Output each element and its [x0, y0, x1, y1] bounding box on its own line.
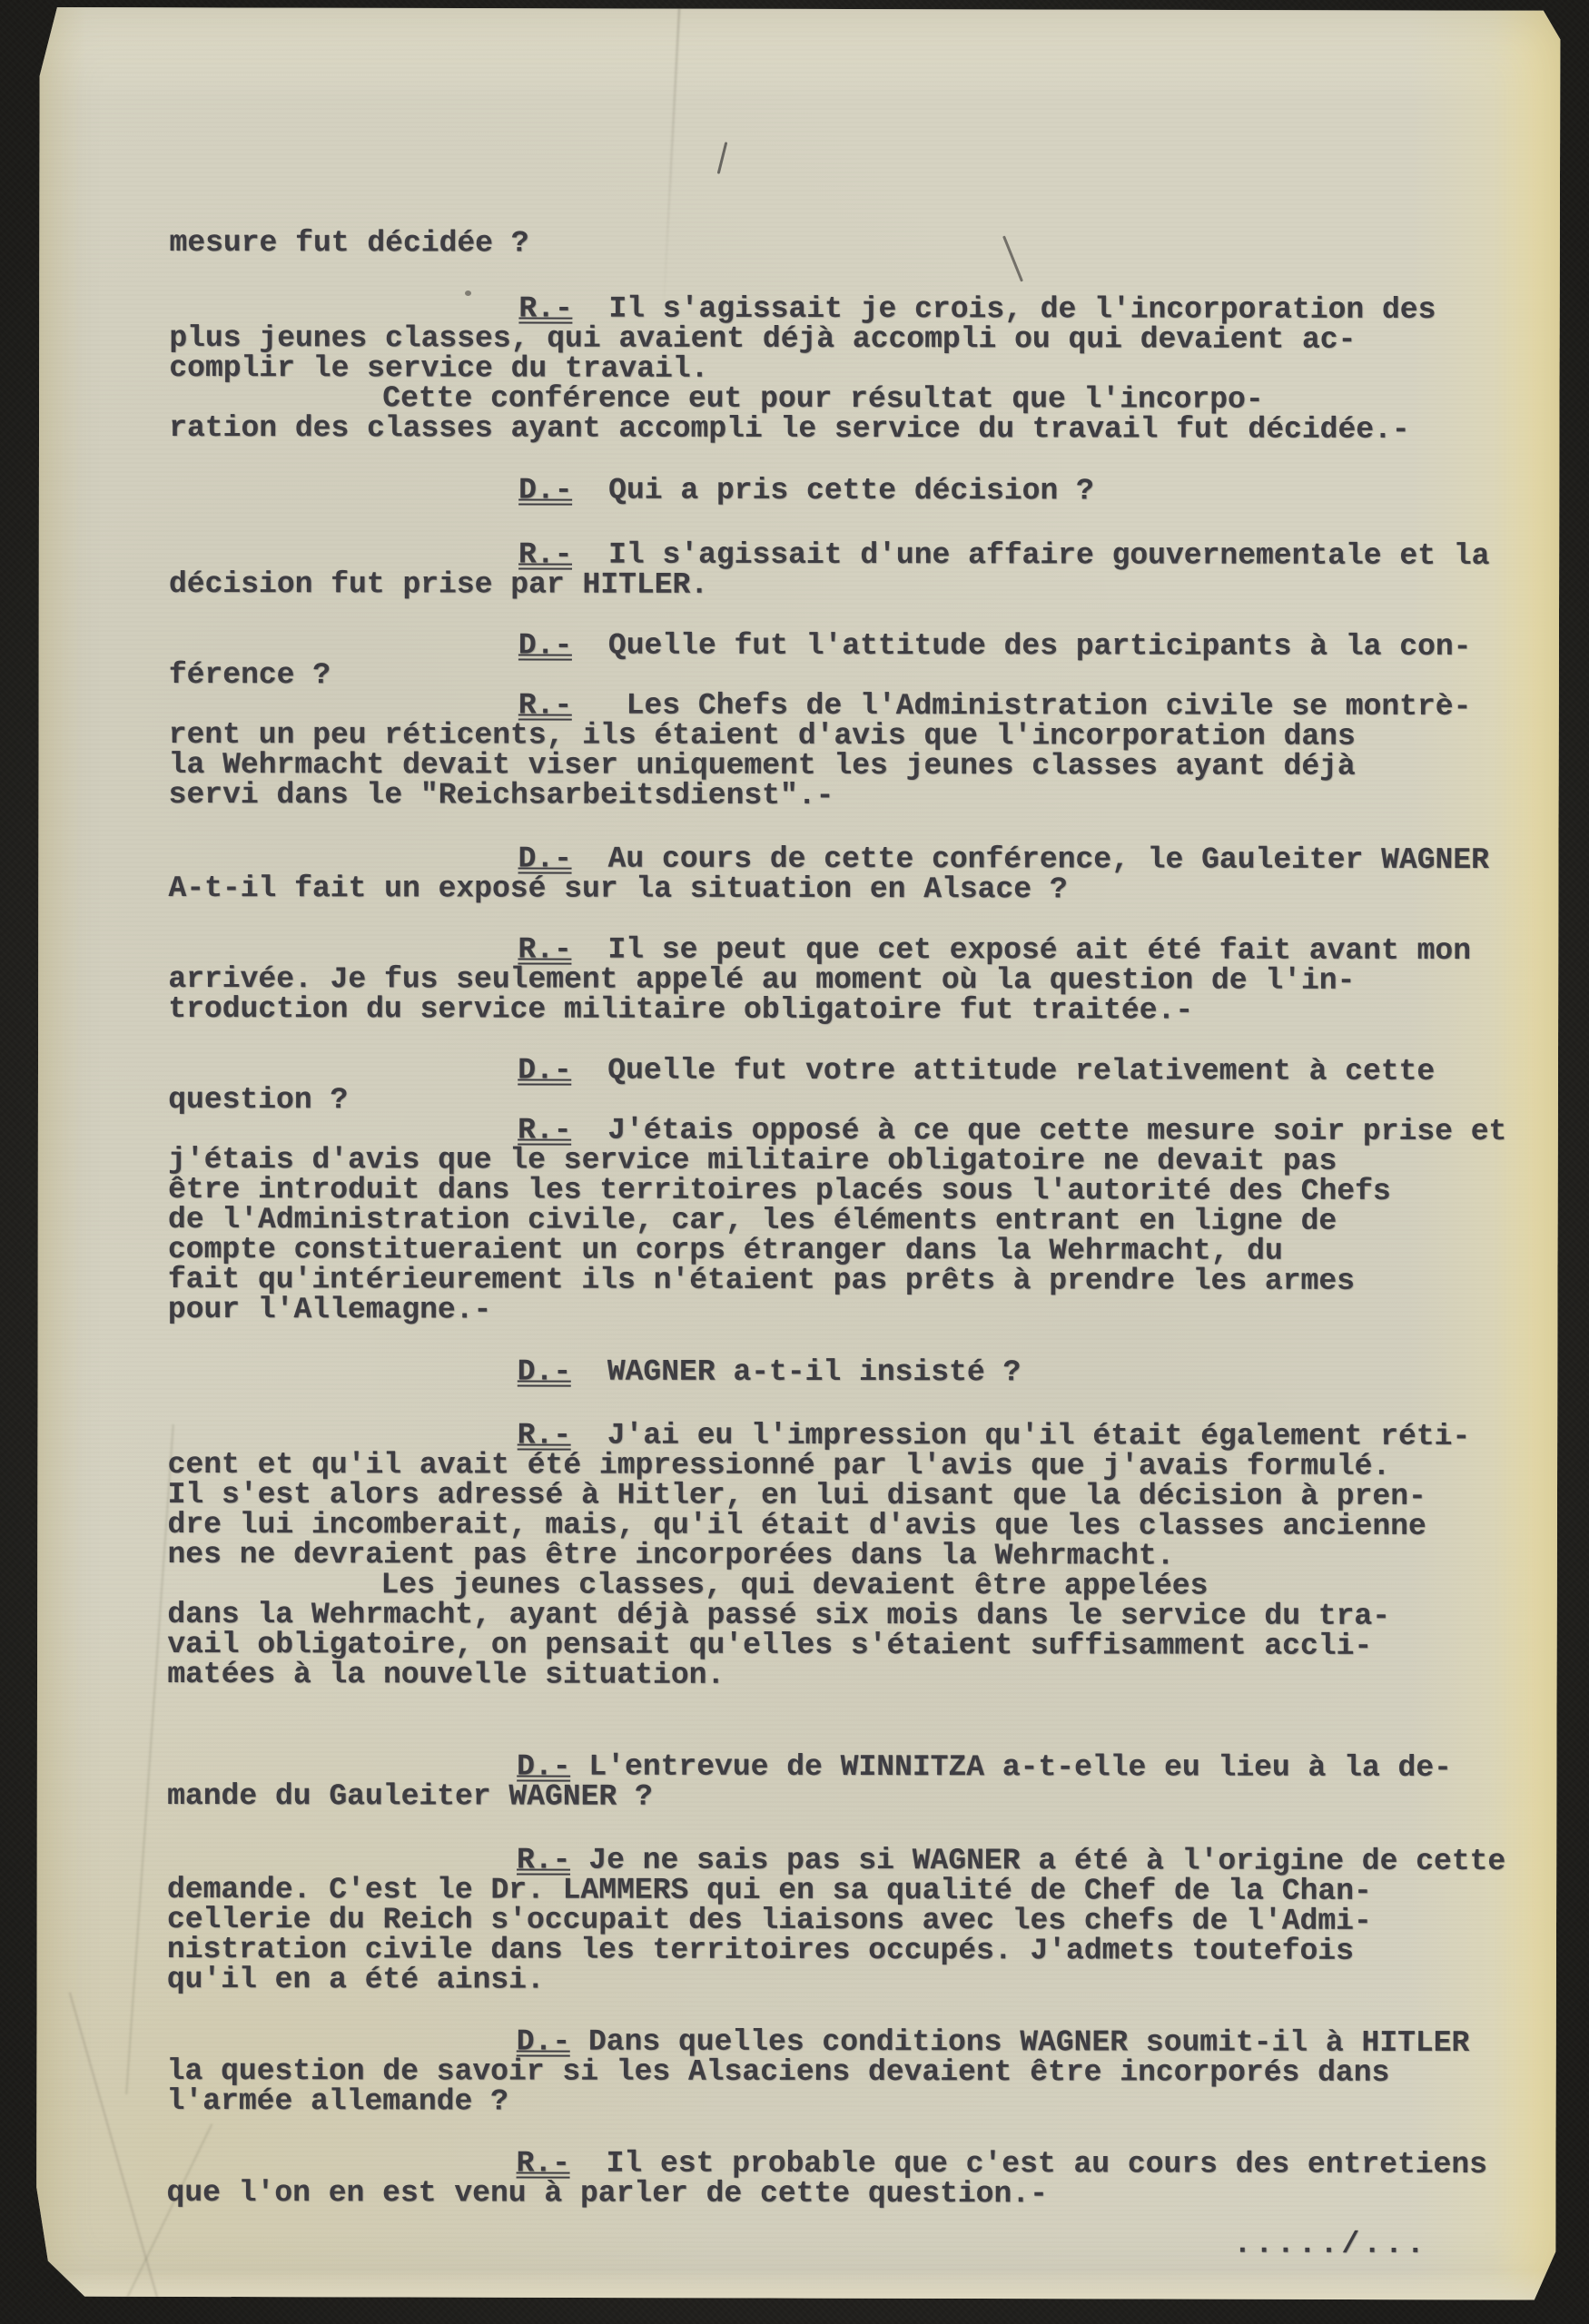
document-scan: mesure fut décidée ?R.- Il s'agissait je…: [0, 0, 1589, 2324]
text-line: vail obligatoire, on pensait qu'elles s'…: [167, 1630, 1511, 1661]
text-line: dre lui incomberait, mais, qu'il était d…: [168, 1510, 1512, 1541]
qa-marker: R.-: [518, 935, 571, 965]
text-line: décision fut prise par HITLER.: [169, 569, 1513, 601]
text-line: question ?: [168, 1085, 1512, 1117]
text-line: j'étais d'avis que le service militaire …: [168, 1145, 1512, 1177]
text-line: ration des classes ayant accompli le ser…: [169, 413, 1513, 445]
text-line: rent un peu réticents, ils étaient d'avi…: [169, 720, 1513, 752]
text-line: R.- J'étais opposé à ce que cette mesure…: [518, 1116, 1512, 1147]
text-line: Cette conférence eut pour résultat que l…: [382, 383, 1513, 415]
text-line: D.- Au cours de cette conférence, le Gau…: [518, 844, 1513, 876]
text-line: D.- Quelle fut l'attitude des participan…: [518, 631, 1513, 663]
qa-marker: D.-: [517, 2027, 570, 2057]
text-line: R.- J'ai eu l'impression qu'il était éga…: [518, 1421, 1512, 1452]
text-line: la question de savoir si les Alsaciens d…: [167, 2056, 1511, 2088]
qa-marker: D.-: [518, 844, 572, 874]
text-line: la Wehrmacht devait viser uniquement les…: [169, 750, 1513, 782]
text-line: qu'il en a été ainsi.: [167, 1965, 1511, 1996]
text-line: R.- Il s'agissait d'une affaire gouverne…: [518, 540, 1513, 572]
text-line: R.- Les Chefs de l'Administration civile…: [518, 691, 1513, 723]
text-line: de l'Administration civile, car, les élé…: [168, 1205, 1512, 1236]
text-line: complir le service du travail.: [169, 353, 1513, 385]
text-line: R.- Il est probable que c'est au cours d…: [517, 2149, 1511, 2181]
qa-marker: R.-: [518, 540, 572, 570]
text-line: dans la Wehrmacht, ayant déjà passé six …: [167, 1600, 1511, 1631]
paper-crease-bottom-left: [69, 1993, 158, 2299]
text-line: A-t-il fait un exposé sur la situation e…: [169, 873, 1513, 905]
text-line: R.- Il s'agissait je crois, de l'incorpo…: [518, 294, 1513, 326]
text-line: mesure fut décidée ?: [170, 228, 1514, 260]
text-line: mande du Gauleiter WAGNER ?: [167, 1781, 1511, 1813]
qa-marker: D.-: [518, 1056, 571, 1086]
text-line: arrivée. Je fus seulement appelé au mome…: [168, 964, 1512, 996]
text-line: D.- Qui a pris cette décision ?: [518, 476, 1513, 507]
qa-marker: R.-: [518, 1421, 571, 1451]
text-line: matées à la nouvelle situation.: [167, 1659, 1511, 1691]
qa-marker: R.-: [517, 2149, 570, 2179]
text-line: plus jeunes classes, qui avaient déjà ac…: [169, 323, 1513, 355]
qa-marker: D.-: [518, 1357, 571, 1387]
text-line: ...../...: [1233, 2230, 1510, 2260]
text-line: compte constitueraient un corps étranger…: [168, 1235, 1512, 1266]
paper-sheet: mesure fut décidée ?R.- Il s'agissait je…: [33, 7, 1562, 2302]
qa-marker: R.-: [518, 1116, 571, 1146]
text-line: R.- Il se peut que cet exposé ait été fa…: [518, 935, 1512, 967]
text-line: être introduit dans les territoires plac…: [168, 1175, 1512, 1206]
text-line: cent et qu'il avait été impressionné par…: [168, 1450, 1512, 1482]
text-line: nes ne devraient pas être incorporées da…: [167, 1540, 1511, 1571]
qa-marker: R.-: [517, 1846, 570, 1876]
text-line: D.- WAGNER a-t-il insisté ?: [518, 1357, 1512, 1389]
text-line: D.- Dans quelles conditions WAGNER soumi…: [517, 2027, 1511, 2059]
text-line: demande. C'est le Dr. LAMMERS qui en sa …: [167, 1875, 1511, 1906]
text-line: Il s'est alors adressé à Hitler, en lui …: [168, 1480, 1512, 1512]
text-line: Les jeunes classes, qui devaient être ap…: [380, 1570, 1511, 1601]
text-line: pour l'Allemagne.-: [168, 1295, 1512, 1326]
qa-marker: D.-: [518, 476, 572, 506]
text-line: férence ?: [169, 660, 1513, 692]
qa-marker: R.-: [518, 294, 572, 324]
typed-text: mesure fut décidée ?R.- Il s'agissait je…: [166, 228, 1513, 2260]
text-line: servi dans le "Reichsarbeitsdienst".-: [169, 780, 1513, 812]
stray-pen-mark: [717, 142, 728, 174]
text-line: D.- L'entrevue de WINNITZA a-t-elle eu l…: [517, 1752, 1511, 1784]
text-line: l'armée allemande ?: [167, 2086, 1511, 2118]
qa-marker: D.-: [518, 631, 572, 661]
qa-marker: R.-: [518, 691, 572, 721]
text-line: cellerie du Reich s'occupait des liaison…: [167, 1905, 1511, 1936]
text-line: D.- Quelle fut votre attitude relativeme…: [518, 1056, 1512, 1088]
text-line: que l'on en est venu à parler de cette q…: [167, 2178, 1511, 2210]
text-line: fait qu'intérieurement ils n'étaient pas…: [168, 1265, 1512, 1296]
text-line: nistration civile dans les territoires o…: [167, 1935, 1511, 1966]
qa-marker: D.-: [517, 1752, 570, 1782]
text-line: R.- Je ne sais pas si WAGNER a été à l'o…: [517, 1846, 1511, 1877]
text-line: troduction du service militaire obligato…: [168, 994, 1512, 1026]
